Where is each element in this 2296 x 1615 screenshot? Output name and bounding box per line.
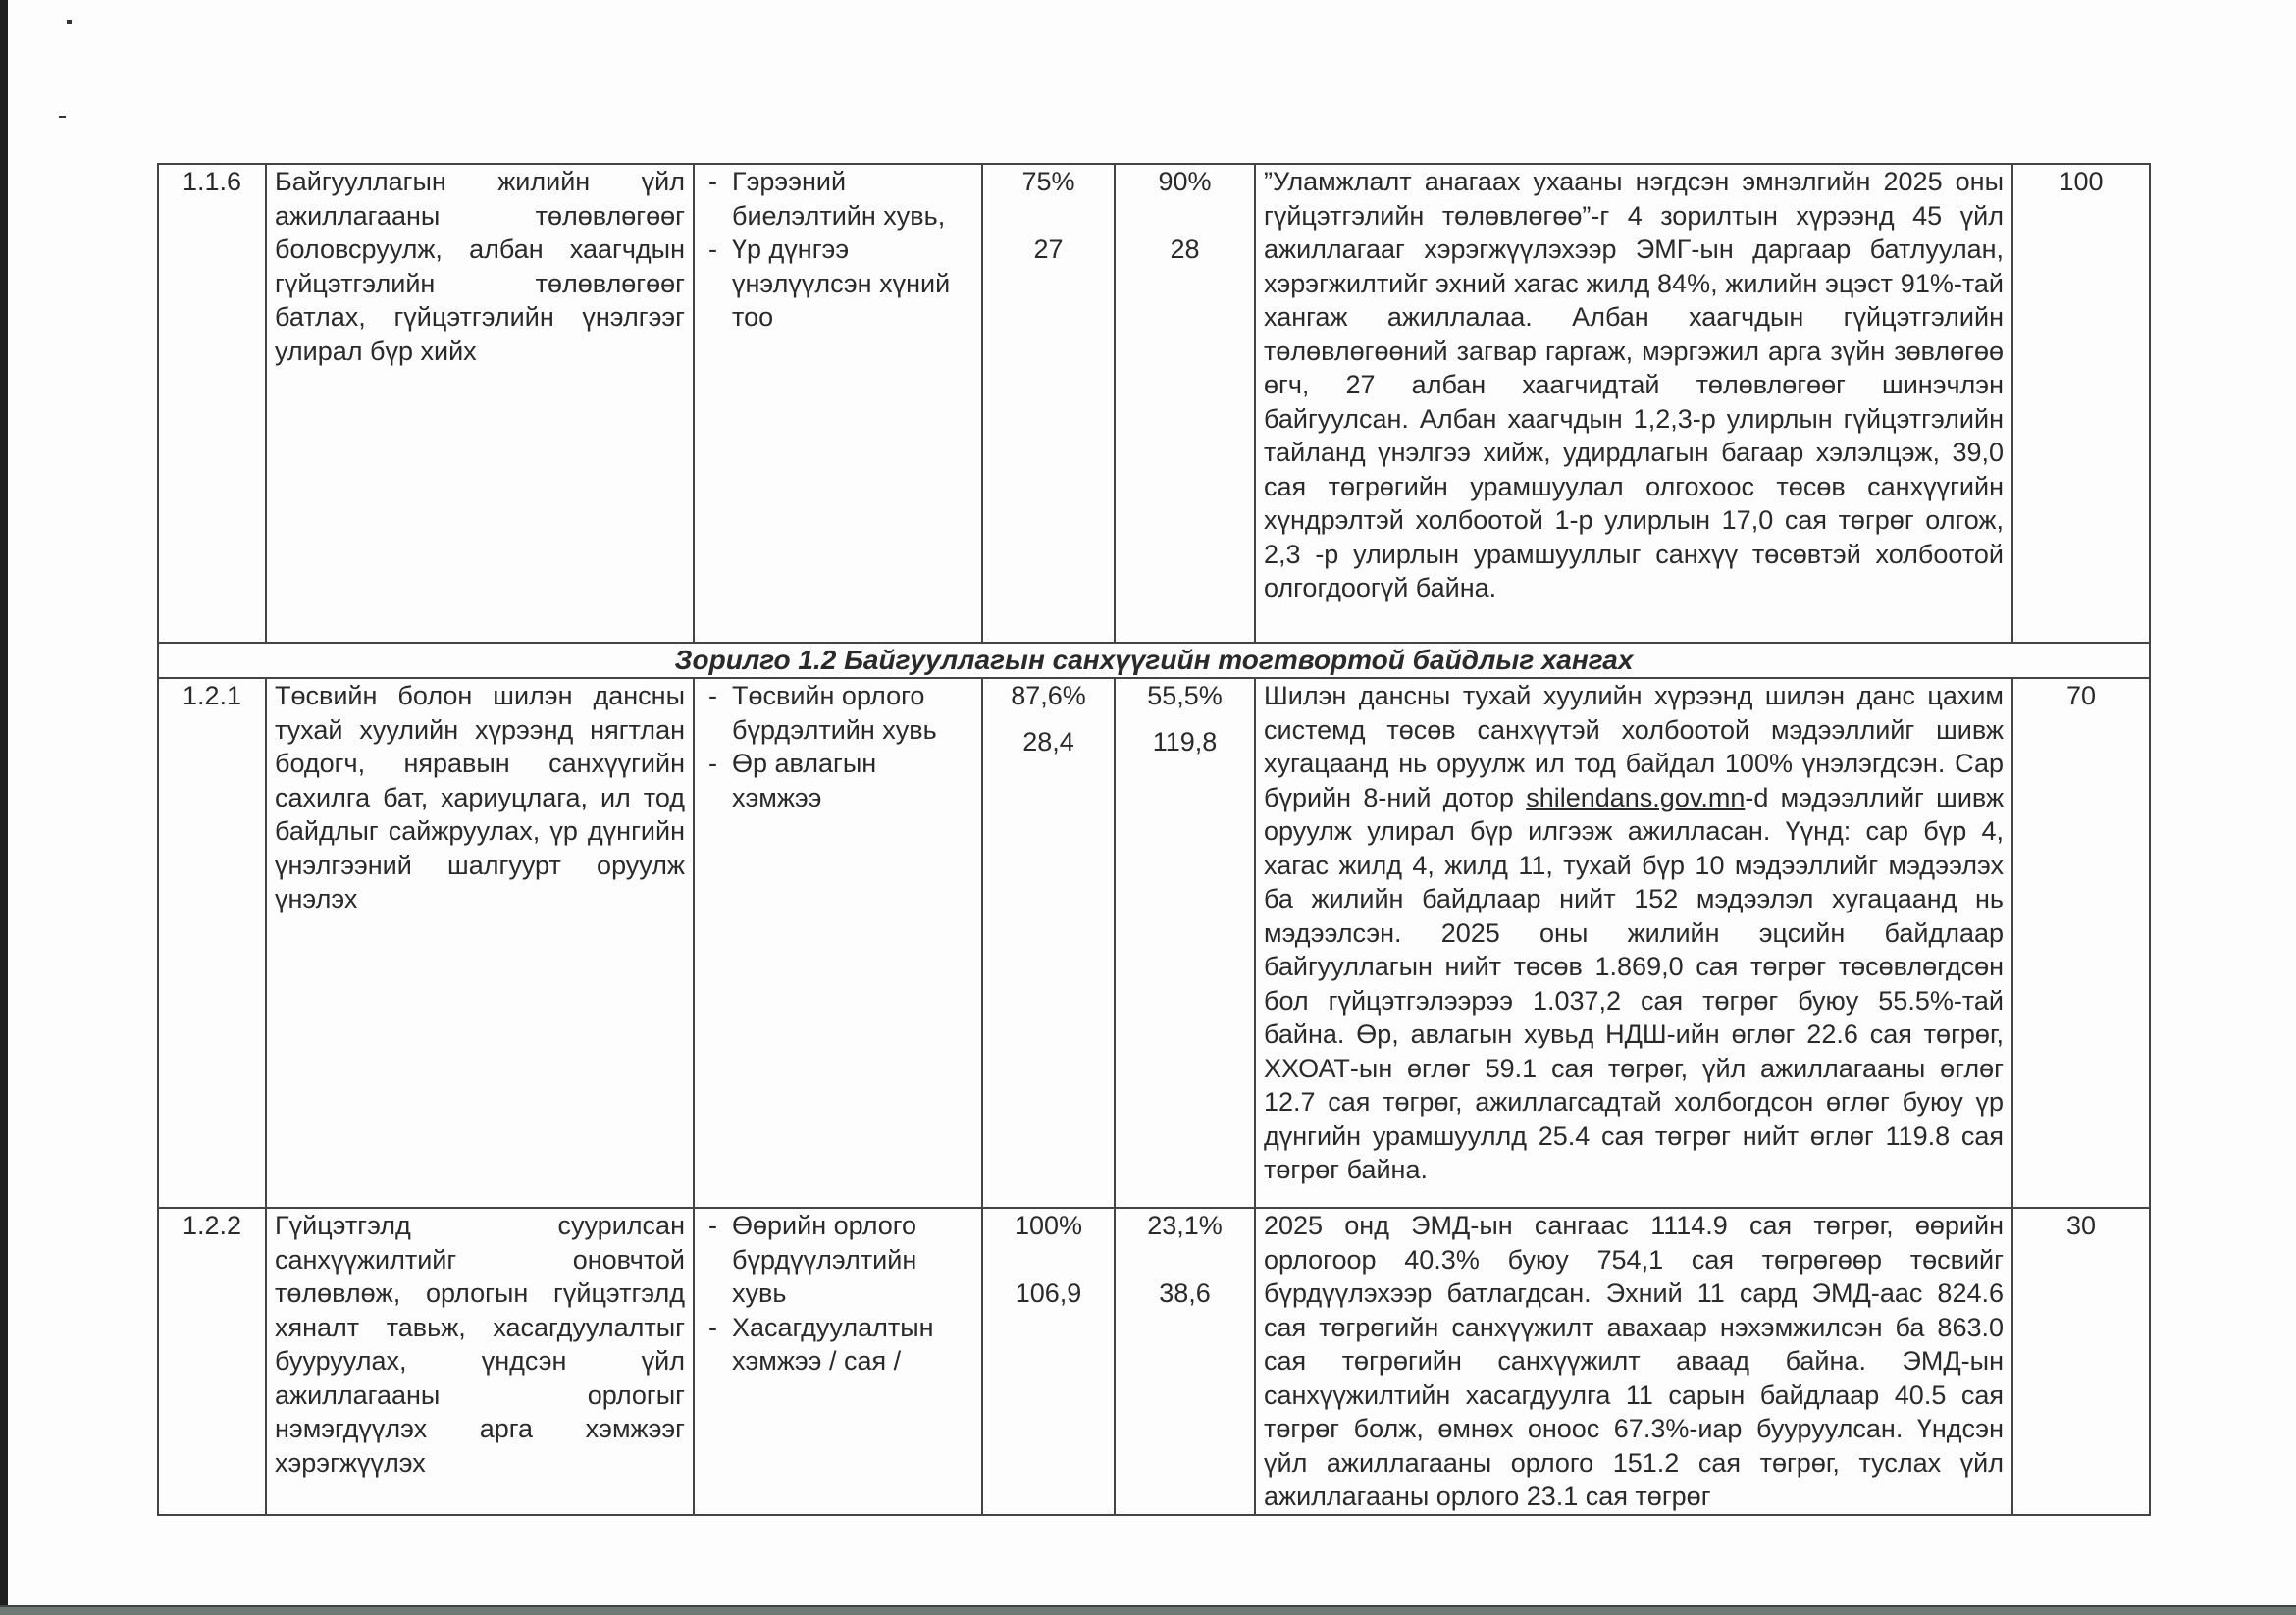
goal-title: Зорилго 1.2 Байгууллагын санхүүгийн тогт… — [158, 643, 2150, 678]
task-description: Төсвийн болон шилэн дансны тухай хуулийн… — [266, 678, 694, 1208]
score: 100 — [2012, 164, 2150, 643]
implementation-description: Шилэн дансны тухай хуулийн хүрээнд шилэн… — [1255, 678, 2012, 1208]
result-value: 55,5% — [1123, 679, 1246, 713]
indicator-item: Үр дүнгээ үнэлүүлсэн хүний тоо — [703, 233, 973, 335]
task-number: 1.2.2 — [158, 1208, 266, 1515]
task-number: 1.2.1 — [158, 678, 266, 1208]
indicator-item: Өөрийн орлого бүрдүүлэлтийн хувь — [703, 1209, 973, 1311]
result-value: 28 — [1123, 233, 1246, 267]
baseline-cell: 75% 27 — [982, 164, 1115, 643]
indicator-item: Өр авлагын хэмжээ — [703, 747, 973, 814]
indicators-cell: Өөрийн орлого бүрдүүлэлтийн хувь Хасагду… — [694, 1208, 982, 1515]
scan-bottom-edge — [0, 1605, 2296, 1615]
score: 70 — [2012, 678, 2150, 1208]
scan-speck — [59, 116, 66, 118]
baseline-value: 28,4 — [991, 725, 1106, 759]
result-cell: 23,1% 38,6 — [1115, 1208, 1255, 1515]
result-value: 23,1% — [1123, 1209, 1246, 1243]
goal-row: Зорилго 1.2 Байгууллагын санхүүгийн тогт… — [158, 643, 2150, 678]
score: 30 — [2012, 1208, 2150, 1515]
result-value: 38,6 — [1123, 1276, 1246, 1311]
baseline-value: 75% — [991, 165, 1106, 199]
result-value: 119,8 — [1123, 725, 1246, 759]
indicator-item: Хасагдуулалтын хэмжээ / сая / — [703, 1311, 973, 1379]
task-description: Гүйцэтгэлд суурилсан санхүүжилтийг оновч… — [266, 1208, 694, 1515]
indicator-item: Гэрээний биелэлтийн хувь, — [703, 165, 973, 233]
task-description: Байгууллагын жилийн үйл ажиллагааны төлө… — [266, 164, 694, 643]
baseline-cell: 87,6% 28,4 — [982, 678, 1115, 1208]
baseline-value: 100% — [991, 1209, 1106, 1243]
implementation-description: ”Уламжлалт анагаах ухааны нэгдсэн эмнэлг… — [1255, 164, 2012, 643]
scan-speck — [67, 20, 72, 24]
table-row: 1.2.2 Гүйцэтгэлд суурилсан санхүүжилтийг… — [158, 1208, 2150, 1515]
scan-left-edge — [0, 0, 8, 1615]
shilendans-link[interactable]: shilendans.gov.mn — [1526, 783, 1745, 812]
result-value: 90% — [1123, 165, 1246, 199]
indicators-cell: Төсвийн орлого бүрдэлтийн хувь Өр авлагы… — [694, 678, 982, 1208]
table-row: 1.1.6 Байгууллагын жилийн үйл ажиллагаан… — [158, 164, 2150, 643]
baseline-cell: 100% 106,9 — [982, 1208, 1115, 1515]
implementation-description: 2025 онд ЭМД-ын сангаас 1114.9 сая төгрө… — [1255, 1208, 2012, 1515]
baseline-value: 87,6% — [991, 679, 1106, 713]
indicator-item: Төсвийн орлого бүрдэлтийн хувь — [703, 679, 973, 747]
performance-report-table: 1.1.6 Байгууллагын жилийн үйл ажиллагаан… — [157, 163, 2151, 1516]
result-cell: 90% 28 — [1115, 164, 1255, 643]
indicators-cell: Гэрээний биелэлтийн хувь, Үр дүнгээ үнэл… — [694, 164, 982, 643]
baseline-value: 106,9 — [991, 1276, 1106, 1311]
baseline-value: 27 — [991, 233, 1106, 267]
task-number: 1.1.6 — [158, 164, 266, 643]
result-cell: 55,5% 119,8 — [1115, 678, 1255, 1208]
table-row: 1.2.1 Төсвийн болон шилэн дансны тухай х… — [158, 678, 2150, 1208]
